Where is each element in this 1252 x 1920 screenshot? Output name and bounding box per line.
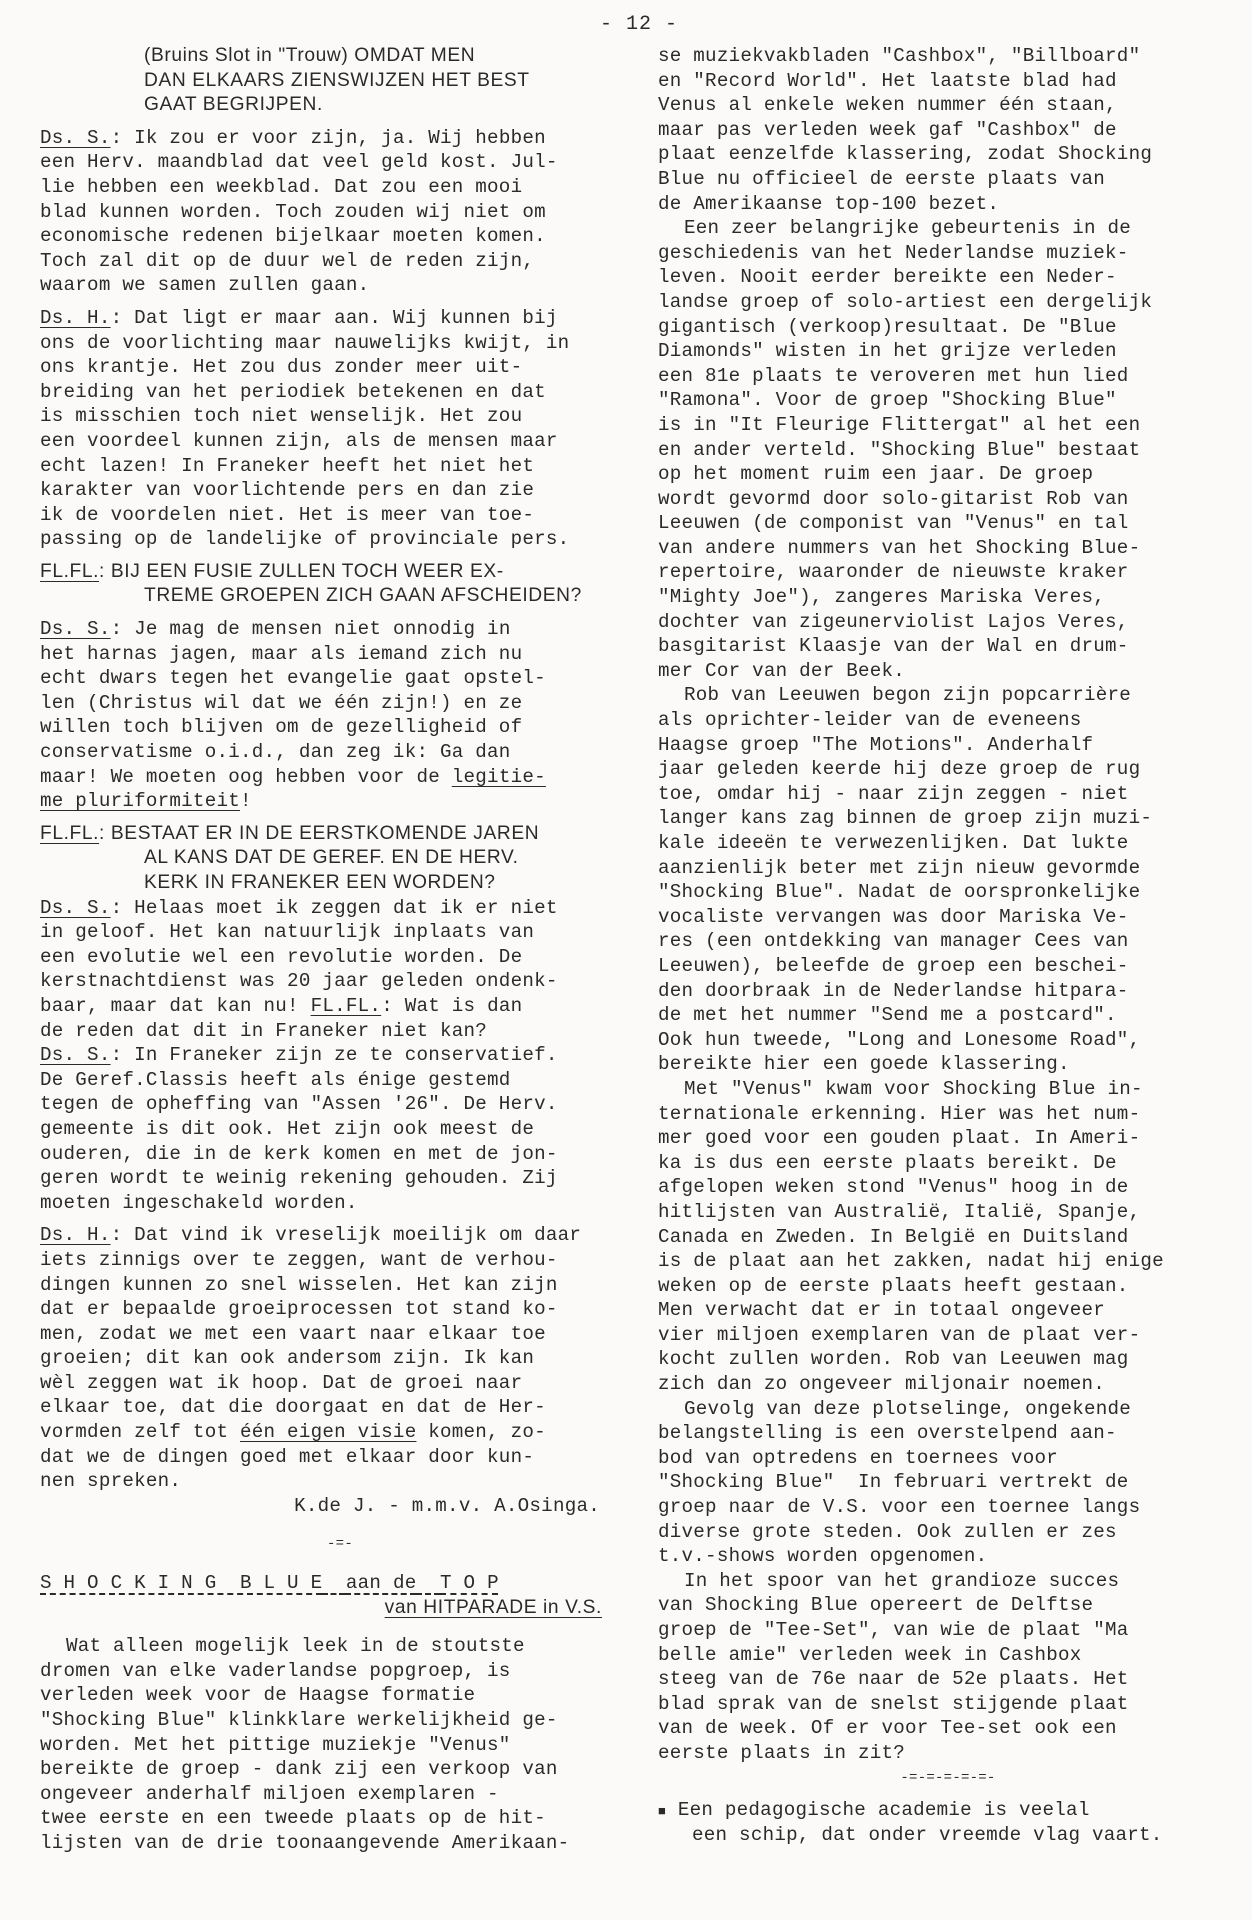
emphasis-text: me pluriformiteit	[40, 790, 240, 812]
text-line: dat we de dingen goed met elkaar door ku…	[40, 1445, 640, 1470]
text-line: Gevolg van deze plotselinge, ongekende	[658, 1397, 1238, 1422]
text-line: geschiedenis van het Nederlandse muziek-	[658, 241, 1238, 266]
text-line: langer kans zag binnen de groep zijn muz…	[658, 806, 1238, 831]
text-line: : Ik zou er voor zijn, ja. Wij hebben	[111, 127, 546, 149]
text-line: maar! We moeten oog hebben voor de	[40, 766, 452, 788]
text-line: Leeuwen (de componist van "Venus" en tal	[658, 511, 1238, 536]
text-line: Rob van Leeuwen begon zijn popcarrière	[658, 683, 1238, 708]
text-line: mer Cor van der Beek.	[658, 659, 1238, 684]
text-line: ons krantje. Het zou dus zonder meer uit…	[40, 355, 640, 380]
paragraph: se muziekvakbladen "Cashbox", "Billboard…	[658, 44, 1238, 216]
text-line: t.v.-shows worden opgenomen.	[658, 1544, 1238, 1569]
text-line: iets zinnigs over te zeggen, want de ver…	[40, 1248, 640, 1273]
emphasis-text: legitie-	[452, 766, 546, 788]
text-line: "Ramona". Voor de groep "Shocking Blue"	[658, 388, 1238, 413]
text-line: jaar geleden keerde hij deze groep de ru…	[658, 757, 1238, 782]
text-line: karakter van voorlichtende pers en dan z…	[40, 478, 640, 503]
text-line: dat er bepaalde groeiprocessen tot stand…	[40, 1297, 640, 1322]
text-line: wèl zeggen wat ik hoop. Dat de groei naa…	[40, 1371, 640, 1396]
text-line: : BIJ EEN FUSIE ZULLEN TOCH WEER EX-	[99, 561, 504, 582]
text-line: Venus al enkele weken nummer één staan,	[658, 93, 1238, 118]
text-line: echt dwars tegen het evangelie gaat opst…	[40, 666, 640, 691]
text-line: "Shocking Blue" klinkklare werkelijkheid…	[40, 1708, 640, 1733]
text-line: worden. Met het pittige muziekje "Venus"	[40, 1733, 640, 1758]
answer-ds-s-3: Ds. S.: Helaas moet ik zeggen dat ik er …	[40, 896, 640, 1216]
headline-part: S H O C K I N G B L U E	[40, 1572, 322, 1594]
question-fusie: FL.FL.: BIJ EEN FUSIE ZULLEN TOCH WEER E…	[40, 560, 640, 609]
text-line: op het moment ruim een jaar. De groep	[658, 462, 1238, 487]
text-line: is de plaat aan het zakken, nadat hij en…	[658, 1249, 1238, 1274]
answer-ds-s-2: Ds. S.: Je mag de mensen niet onnodig in…	[40, 617, 640, 814]
text-line: den doorbraak in de Nederlandse hitpara-	[658, 979, 1238, 1004]
paragraph: Met "Venus" kwam voor Shocking Blue in-t…	[658, 1077, 1238, 1397]
headline-part: aan de	[346, 1572, 417, 1594]
text-line: : Dat vind ik vreselijk moeilijk om daar	[111, 1224, 582, 1246]
text-line: Blue nu officieel de eerste plaats van	[658, 167, 1238, 192]
answer-ds-h-1: Ds. H.: Dat ligt er maar aan. Wij kunnen…	[40, 306, 640, 552]
text-line: de met het nummer "Send me a postcard".	[658, 1003, 1238, 1028]
text-line: een schip, dat onder vreemde vlag vaart.	[658, 1823, 1238, 1848]
text-line: elkaar toe, dat die doorgaat en dat de H…	[40, 1395, 640, 1420]
text-line: groeien; dit kan ook andersom zijn. Ik k…	[40, 1346, 640, 1371]
text-line: TREME GROEPEN ZICH GAAN AFSCHEIDEN?	[40, 584, 640, 609]
paragraph: Gevolg van deze plotselinge, ongekendebe…	[658, 1397, 1238, 1569]
text-line: repertoire, waaronder de nieuwste kraker	[658, 560, 1238, 585]
headline-subtitle: van HITPARADE in V.S.	[385, 1597, 602, 1618]
text-line: GAAT BEGRIJPEN.	[40, 93, 640, 118]
text-line: "Shocking Blue". Nadat de oorspronkelijk…	[658, 880, 1238, 905]
emphasis-text: één eigen visie	[240, 1421, 416, 1443]
text-line: tegen de opheffing van "Assen '26". De H…	[40, 1092, 640, 1117]
text-line: nen spreken.	[40, 1469, 640, 1494]
text-line: hitlijsten van Australië, Italië, Spanje…	[658, 1200, 1238, 1225]
text-line: plaat eenzelfde klassering, zodat Shocki…	[658, 142, 1238, 167]
text-line: twee eerste en een tweede plaats op de h…	[40, 1806, 640, 1831]
text-line: gigantisch (verkoop)resultaat. De "Blue	[658, 315, 1238, 340]
text-line: Diamonds" wisten in het grijze verleden	[658, 339, 1238, 364]
article-intro: Wat alleen mogelijk leek in de stoutste …	[40, 1634, 640, 1855]
text-line: vormden zelf tot	[40, 1421, 240, 1443]
text-line: verleden week voor de Haagse formatie	[40, 1683, 640, 1708]
text-line: kale ideeën te verwezenlijken. Dat lukte	[658, 831, 1238, 856]
text-line: van andere nummers van het Shocking Blue…	[658, 536, 1238, 561]
text-line: passing op de landelijke of provinciale …	[40, 527, 640, 552]
text-line: res (een ontdekking van manager Cees van	[658, 929, 1238, 954]
text-line: basgitarist Klaasje van der Wal en drum-	[658, 634, 1238, 659]
text-line: een evolutie wel een revolutie worden. D…	[40, 945, 640, 970]
text-line: toe, omdar hij - naar zijn zeggen - niet	[658, 782, 1238, 807]
text-line: willen toch blijven om de gezelligheid o…	[40, 715, 640, 740]
text-line: de Amerikaanse top-100 bezet.	[658, 192, 1238, 217]
text-line: echt lazen! In Franeker heeft het niet h…	[40, 454, 640, 479]
text-line: en "Record World". Het laatste blad had	[658, 69, 1238, 94]
text-line: : Je mag de mensen niet onnodig in	[111, 618, 511, 640]
text-line: ongeveer anderhalf miljoen exemplaren -	[40, 1782, 640, 1807]
paragraph: Rob van Leeuwen begon zijn popcarrièreal…	[658, 683, 1238, 1077]
text-line: blad sprak van de snelst stijgende plaat	[658, 1692, 1238, 1717]
text-line: men, zodat we met een vaart naar elkaar …	[40, 1322, 640, 1347]
text-line: Toch zal dit op de duur wel de reden zij…	[40, 249, 640, 274]
text-line: van Shocking Blue opereert de Delftse	[658, 1593, 1238, 1618]
text-line: en ander verteld. "Shocking Blue" bestaa…	[658, 438, 1238, 463]
text-line: Wat alleen mogelijk leek in de stoutste	[40, 1634, 640, 1659]
aphorism: ■ Een pedagogische academie is veelal ee…	[658, 1798, 1238, 1847]
text-line: Een zeer belangrijke gebeurtenis in de	[658, 216, 1238, 241]
text-line: van de week. Of er voor Tee-set ook een	[658, 1716, 1238, 1741]
text-line: Ook hun tweede, "Long and Lonesome Road"…	[658, 1028, 1238, 1053]
text-line: weken op de eerste plaats heeft gestaan.	[658, 1274, 1238, 1299]
section-separator: -=-	[40, 1532, 640, 1557]
text-line: aanzienlijk beter met zijn nieuw gevormd…	[658, 856, 1238, 881]
text-line: ka is dus een eerste plaats bereikt. De	[658, 1151, 1238, 1176]
text-line: is in "It Fleurige Flittergat" al het ee…	[658, 413, 1238, 438]
text-line: gemeente is dit ook. Het zijn ook meest …	[40, 1117, 640, 1142]
text-line: een 81e plaats te veroveren met hun lied	[658, 364, 1238, 389]
speaker-label: Ds. S.	[40, 127, 111, 149]
text-line: in geloof. Het kan natuurlijk inplaats v…	[40, 920, 640, 945]
speaker-label: Ds. H.	[40, 307, 111, 329]
text-line: afgelopen weken stond "Venus" hoog in de	[658, 1175, 1238, 1200]
text-line: het harnas jagen, maar als iemand zich n…	[40, 642, 640, 667]
text-line: In het spoor van het grandioze succes	[658, 1569, 1238, 1594]
text-line: : Dat ligt er maar aan. Wij kunnen bij	[111, 307, 558, 329]
signature: K.de J. - m.m.v. A.Osinga.	[40, 1494, 640, 1519]
text-line: waarom we samen zullen gaan.	[40, 273, 640, 298]
text-line: belangstelling is een overstelpend aan-	[658, 1421, 1238, 1446]
text-line: conservatisme o.i.d., dan zeg ik: Ga dan	[40, 740, 640, 765]
text-line: landse groep of solo-artiest een dergeli…	[658, 290, 1238, 315]
text-line: economische redenen bijelkaar moeten kom…	[40, 224, 640, 249]
text-line: wordt gevormd door solo-gitarist Rob van	[658, 487, 1238, 512]
text-line: breiding van het periodiek betekenen en …	[40, 380, 640, 405]
text-line: Men verwacht dat er in totaal ongeveer	[658, 1298, 1238, 1323]
text-line: een voordeel kunnen zijn, als de mensen …	[40, 429, 640, 454]
speaker-label: Ds. H.	[40, 1224, 111, 1246]
intro-question: (Bruins Slot in "Trouw) OMDAT MEN DAN EL…	[40, 44, 640, 118]
speaker-label: FL.FL.	[40, 561, 99, 582]
text-line: "Mighty Joe"), zangeres Mariska Veres,	[658, 585, 1238, 610]
text-line: ternationale erkenning. Hier was het num…	[658, 1102, 1238, 1127]
text-line: belle amie" verleden week in Cashbox	[658, 1643, 1238, 1668]
text-line: groep naar de V.S. voor een toernee lang…	[658, 1495, 1238, 1520]
text-line: len (Christus wil dat we één zijn!) en z…	[40, 691, 640, 716]
text-line: ouderen, die in de kerk komen en met de …	[40, 1142, 640, 1167]
text-line: !	[240, 790, 252, 812]
text-line: : Helaas moet ik zeggen dat ik er niet	[111, 897, 558, 919]
text-line: bereikte hier een goede klassering.	[658, 1052, 1238, 1077]
text-line: kocht zullen worden. Rob van Leeuwen mag	[658, 1347, 1238, 1372]
headline-part: T O P	[440, 1572, 499, 1594]
text-line: Leeuwen), beleefde de groep een beschei-	[658, 954, 1238, 979]
text-line: kerstnachtdienst was 20 jaar geleden ond…	[40, 969, 640, 994]
text-line: : BESTAAT ER IN DE EERSTKOMENDE JAREN	[99, 823, 539, 844]
text-line: De Geref.Classis heeft als énige gestemd	[40, 1068, 640, 1093]
text-line: "Shocking Blue" In februari vertrekt de	[658, 1470, 1238, 1495]
text-line: : In Franeker zijn ze te conservatief.	[111, 1044, 558, 1066]
text-line: KERK IN FRANEKER EEN WORDEN?	[40, 871, 640, 896]
text-line: AL KANS DAT DE GEREF. EN DE HERV.	[40, 846, 640, 871]
paragraph: In het spoor van het grandioze succesvan…	[658, 1569, 1238, 1766]
speaker-label: Ds. S.	[40, 618, 111, 640]
text-line: groep de "Tee-Set", van wie de plaat "Ma	[658, 1618, 1238, 1643]
left-column: (Bruins Slot in "Trouw) OMDAT MEN DAN EL…	[40, 44, 640, 1856]
text-line: ik de voordelen niet. Het is meer van to…	[40, 503, 640, 528]
text-line: geren wordt te weinig rekening gehouden.…	[40, 1166, 640, 1191]
text-line: een Herv. maandblad dat veel geld kost. …	[40, 150, 640, 175]
speaker-label: FL.FL.	[40, 823, 99, 844]
text-line: steeg van de 76e naar de 52e plaats. Het	[658, 1667, 1238, 1692]
section-separator: -=-=-=-=-=-	[658, 1766, 1238, 1791]
speaker-label: FL.FL.	[311, 995, 382, 1017]
text-line: DAN ELKAARS ZIENSWIJZEN HET BEST	[40, 69, 640, 94]
speaker-label: Ds. S.	[40, 897, 111, 919]
text-line: lijsten van de drie toonaangevende Ameri…	[40, 1831, 640, 1856]
text-line: eerste plaats in zit?	[658, 1741, 1238, 1766]
text-line: se muziekvakbladen "Cashbox", "Billboard…	[658, 44, 1238, 69]
text-line: de reden dat dit in Franeker niet kan?	[40, 1019, 640, 1044]
text-line: baar, maar dat kan nu!	[40, 995, 311, 1017]
text-line: moeten ingeschakeld worden.	[40, 1191, 640, 1216]
text-line: Een pedagogische academie is veelal	[678, 1799, 1090, 1821]
text-line: lie hebben een weekblad. Dat zou een moo…	[40, 175, 640, 200]
right-column: se muziekvakbladen "Cashbox", "Billboard…	[658, 44, 1238, 1847]
text-line: Canada en Zweden. In België en Duitsland	[658, 1225, 1238, 1250]
text-line: zich dan zo ongeveer miljonair noemen.	[658, 1372, 1238, 1397]
page-number: - 12 -	[600, 13, 678, 36]
text-line: : Wat is dan	[381, 995, 522, 1017]
text-line: (Bruins Slot in "Trouw) OMDAT MEN	[40, 44, 640, 69]
text-line: dingen kunnen zo snel wisselen. Het kan …	[40, 1273, 640, 1298]
text-line: dochter van zigeunerviolist Lajos Veres,	[658, 610, 1238, 635]
question-eenwording: FL.FL.: BESTAAT ER IN DE EERSTKOMENDE JA…	[40, 822, 640, 896]
text-line: bereikte de groep - dank zij een verkoop…	[40, 1757, 640, 1782]
text-line: is misschien toch niet wenselijk. Het zo…	[40, 404, 640, 429]
text-line: bod van optredens en toernees voor	[658, 1446, 1238, 1471]
text-line: ons de voorlichting maar nauwelijks kwij…	[40, 331, 640, 356]
text-line: diverse grote steden. Ook zullen er zes	[658, 1520, 1238, 1545]
speaker-label: Ds. S.	[40, 1044, 111, 1066]
paragraph: Een zeer belangrijke gebeurtenis in dege…	[658, 216, 1238, 683]
answer-ds-s-1: Ds. S.: Ik zou er voor zijn, ja. Wij heb…	[40, 126, 640, 298]
bullet-icon: ■	[658, 1804, 666, 1819]
text-line: maar pas verleden week gaf "Cashbox" de	[658, 118, 1238, 143]
text-line: mer goed voor een gouden plaat. In Ameri…	[658, 1126, 1238, 1151]
text-line: komen, zo-	[416, 1421, 545, 1443]
text-line: Met "Venus" kwam voor Shocking Blue in-	[658, 1077, 1238, 1102]
article-headline: S H O C K I N G B L U E aan de T O P van…	[40, 1571, 640, 1620]
text-line: blad kunnen worden. Toch zouden wij niet…	[40, 200, 640, 225]
text-line: Haagse groep "The Motions". Anderhalf	[658, 733, 1238, 758]
answer-ds-h-2: Ds. H.: Dat vind ik vreselijk moeilijk o…	[40, 1223, 640, 1494]
text-line: dromen van elke vaderlandse popgroep, is	[40, 1659, 640, 1684]
text-line: vier miljoen exemplaren van de plaat ver…	[658, 1323, 1238, 1348]
text-line: leven. Nooit eerder bereikte een Neder-	[658, 265, 1238, 290]
text-line: vocaliste vervangen was door Mariska Ve-	[658, 905, 1238, 930]
text-line: als oprichter-leider van de eveneens	[658, 708, 1238, 733]
